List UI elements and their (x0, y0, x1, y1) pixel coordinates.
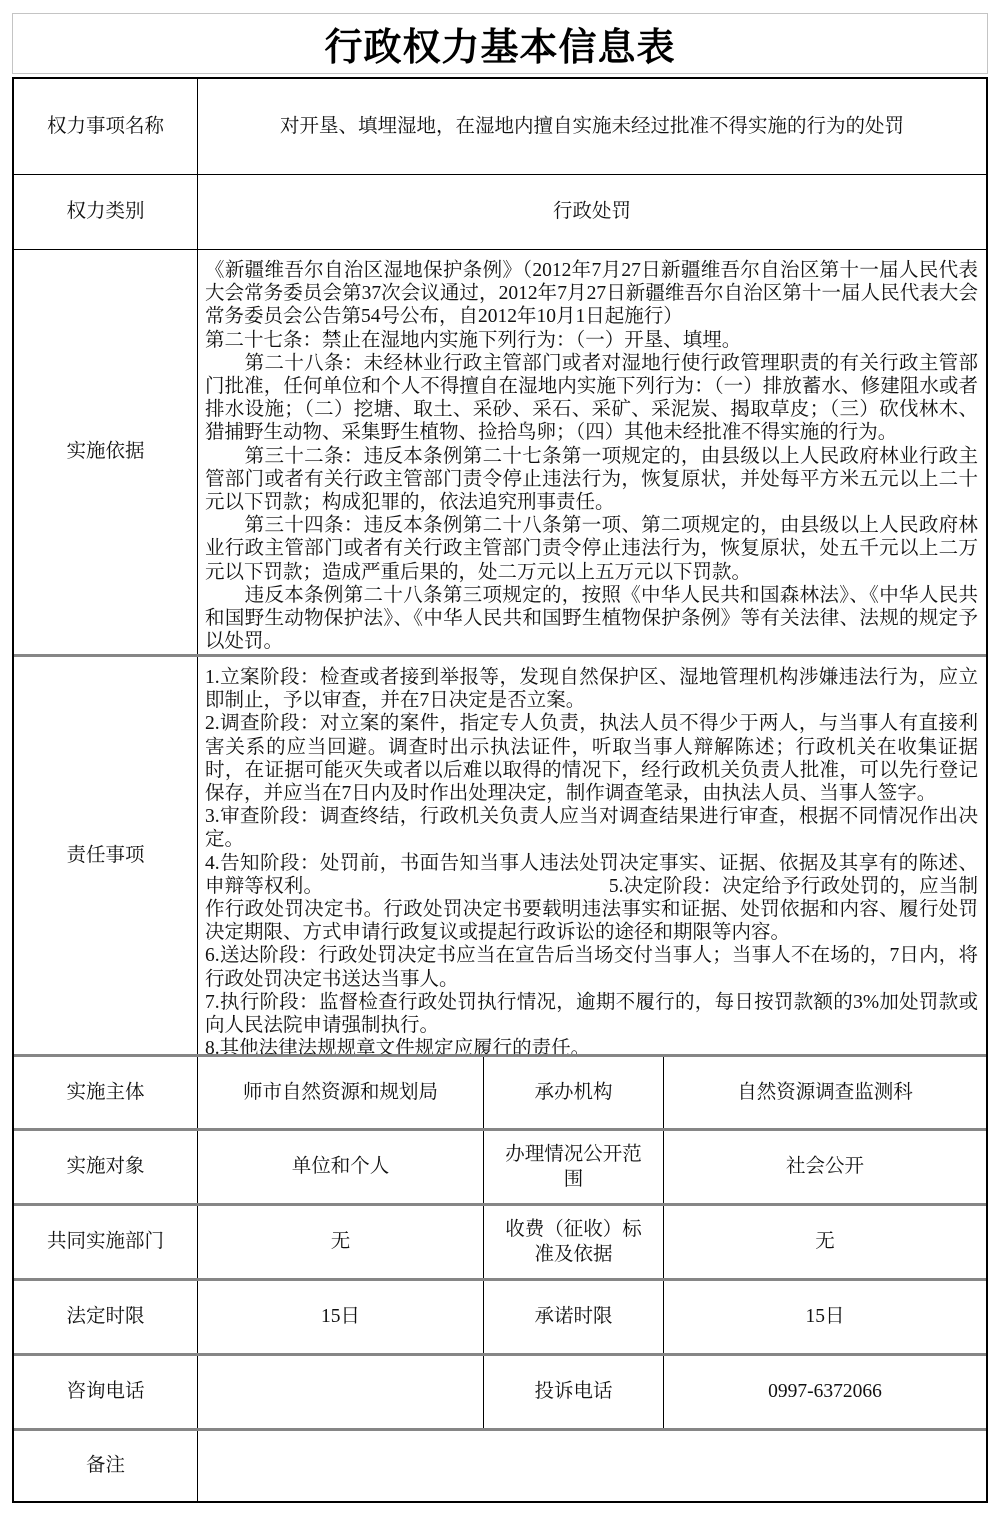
joint-dept-label: 共同实施部门 (14, 1206, 198, 1278)
fee-value: 无 (664, 1206, 986, 1278)
row-implementer: 实施主体 师市自然资源和规划局 承办机构 自然资源调查监测科 (14, 1054, 986, 1128)
complaint-phone-value: 0997-6372066 (664, 1356, 986, 1428)
implementer-value: 师市自然资源和规划局 (198, 1057, 484, 1128)
row-phones: 咨询电话 投诉电话 0997-6372066 (14, 1353, 986, 1428)
legal-basis-paragraph: 第二十八条：未经林业行政主管部门或者对湿地行使行政管理职责的有关行政主管部门批准… (205, 352, 978, 445)
row-duty: 责任事项 1.立案阶段：检查或者接到举报等，发现自然保护区、湿地管理机构涉嫌违法… (14, 654, 986, 1054)
statutory-limit-value: 15日 (198, 1281, 484, 1353)
remarks-label: 备注 (14, 1431, 198, 1501)
duty-paragraph: 1.立案阶段：检查或者接到举报等，发现自然保护区、湿地管理机构涉嫌违法行为，应立… (205, 666, 978, 712)
target-value: 单位和个人 (198, 1131, 484, 1203)
row-item-name: 权力事项名称 对开垦、填埋湿地，在湿地内擅自实施未经过批准不得实施的行为的处罚 (14, 79, 986, 174)
duty-paragraph: 7.执行阶段：监督检查行政处罚执行情况，逾期不履行的，每日按罚款额的3%加处罚款… (205, 991, 978, 1037)
duty-paragraph: 6.送达阶段：行政处罚决定书应当在宣告后当场交付当事人；当事人不在场的，7日内，… (205, 944, 978, 990)
category-value: 行政处罚 (198, 175, 986, 249)
row-category: 权力类别 行政处罚 (14, 174, 986, 249)
legal-basis-paragraph: 违反本条例第二十八条第三项规定的，按照《中华人民共和国森林法》、《中华人民共和国… (205, 584, 978, 654)
disclosure-label: 办理情况公开范围 (484, 1131, 664, 1203)
complaint-phone-label: 投诉电话 (484, 1356, 664, 1428)
legal-basis-paragraph: 第三十二条：违反本条例第二十七条第一项规定的，由县级以上人民政府林业行政主管部门… (205, 445, 978, 515)
duty-paragraph: 3.审查阶段：调查终结，行政机关负责人应当对调查结果进行审查，根据不同情况作出决… (205, 805, 978, 851)
row-joint-dept: 共同实施部门 无 收费（征收）标准及依据 无 (14, 1203, 986, 1278)
legal-basis-text: 《新疆维吾尔自治区湿地保护条例》（2012年7月27日新疆维吾尔自治区第十一届人… (198, 250, 986, 654)
category-label: 权力类别 (14, 175, 198, 249)
legal-basis-paragraph: 第二十七条：禁止在湿地内实施下列行为：（一）开垦、填埋。 (205, 329, 978, 352)
legal-basis-label: 实施依据 (14, 250, 198, 654)
duty-paragraph: 2.调查阶段：对立案的案件，指定专人负责，执法人员不得少于两人，与当事人有直接利… (205, 712, 978, 805)
undertaker-label: 承办机构 (484, 1057, 664, 1128)
consult-phone-label: 咨询电话 (14, 1356, 198, 1428)
joint-dept-value: 无 (198, 1206, 484, 1278)
duty-label: 责任事项 (14, 657, 198, 1054)
row-legal-basis: 实施依据 《新疆维吾尔自治区湿地保护条例》（2012年7月27日新疆维吾尔自治区… (14, 249, 986, 654)
info-table: 权力事项名称 对开垦、填埋湿地，在湿地内擅自实施未经过批准不得实施的行为的处罚 … (12, 77, 988, 1503)
row-time-limit: 法定时限 15日 承诺时限 15日 (14, 1278, 986, 1353)
implementer-label: 实施主体 (14, 1057, 198, 1128)
remarks-value (198, 1431, 986, 1501)
row-remarks: 备注 (14, 1428, 986, 1501)
statutory-limit-label: 法定时限 (14, 1281, 198, 1353)
document-title-box: 行政权力基本信息表 (12, 13, 988, 74)
item-name-label: 权力事项名称 (14, 79, 198, 174)
duty-paragraph: 8.其他法律法规规章文件规定应履行的责任。 (205, 1037, 978, 1054)
legal-basis-paragraph: 《新疆维吾尔自治区湿地保护条例》（2012年7月27日新疆维吾尔自治区第十一届人… (205, 259, 978, 329)
consult-phone-value (198, 1356, 484, 1428)
row-target: 实施对象 单位和个人 办理情况公开范围 社会公开 (14, 1128, 986, 1203)
promised-limit-label: 承诺时限 (484, 1281, 664, 1353)
legal-basis-paragraph: 第三十四条：违反本条例第二十八条第一项、第二项规定的，由县级以上人民政府林业行政… (205, 514, 978, 584)
disclosure-value: 社会公开 (664, 1131, 986, 1203)
promised-limit-value: 15日 (664, 1281, 986, 1353)
target-label: 实施对象 (14, 1131, 198, 1203)
fee-label: 收费（征收）标准及依据 (484, 1206, 664, 1278)
page-title: 行政权力基本信息表 (324, 16, 675, 71)
duty-paragraph: 4.告知阶段：处罚前，书面告知当事人违法处罚决定事实、证据、依据及其享有的陈述、… (205, 852, 978, 945)
undertaker-value: 自然资源调查监测科 (664, 1057, 986, 1128)
duty-text: 1.立案阶段：检查或者接到举报等，发现自然保护区、湿地管理机构涉嫌违法行为，应立… (198, 657, 986, 1054)
item-name-value: 对开垦、填埋湿地，在湿地内擅自实施未经过批准不得实施的行为的处罚 (198, 79, 986, 174)
